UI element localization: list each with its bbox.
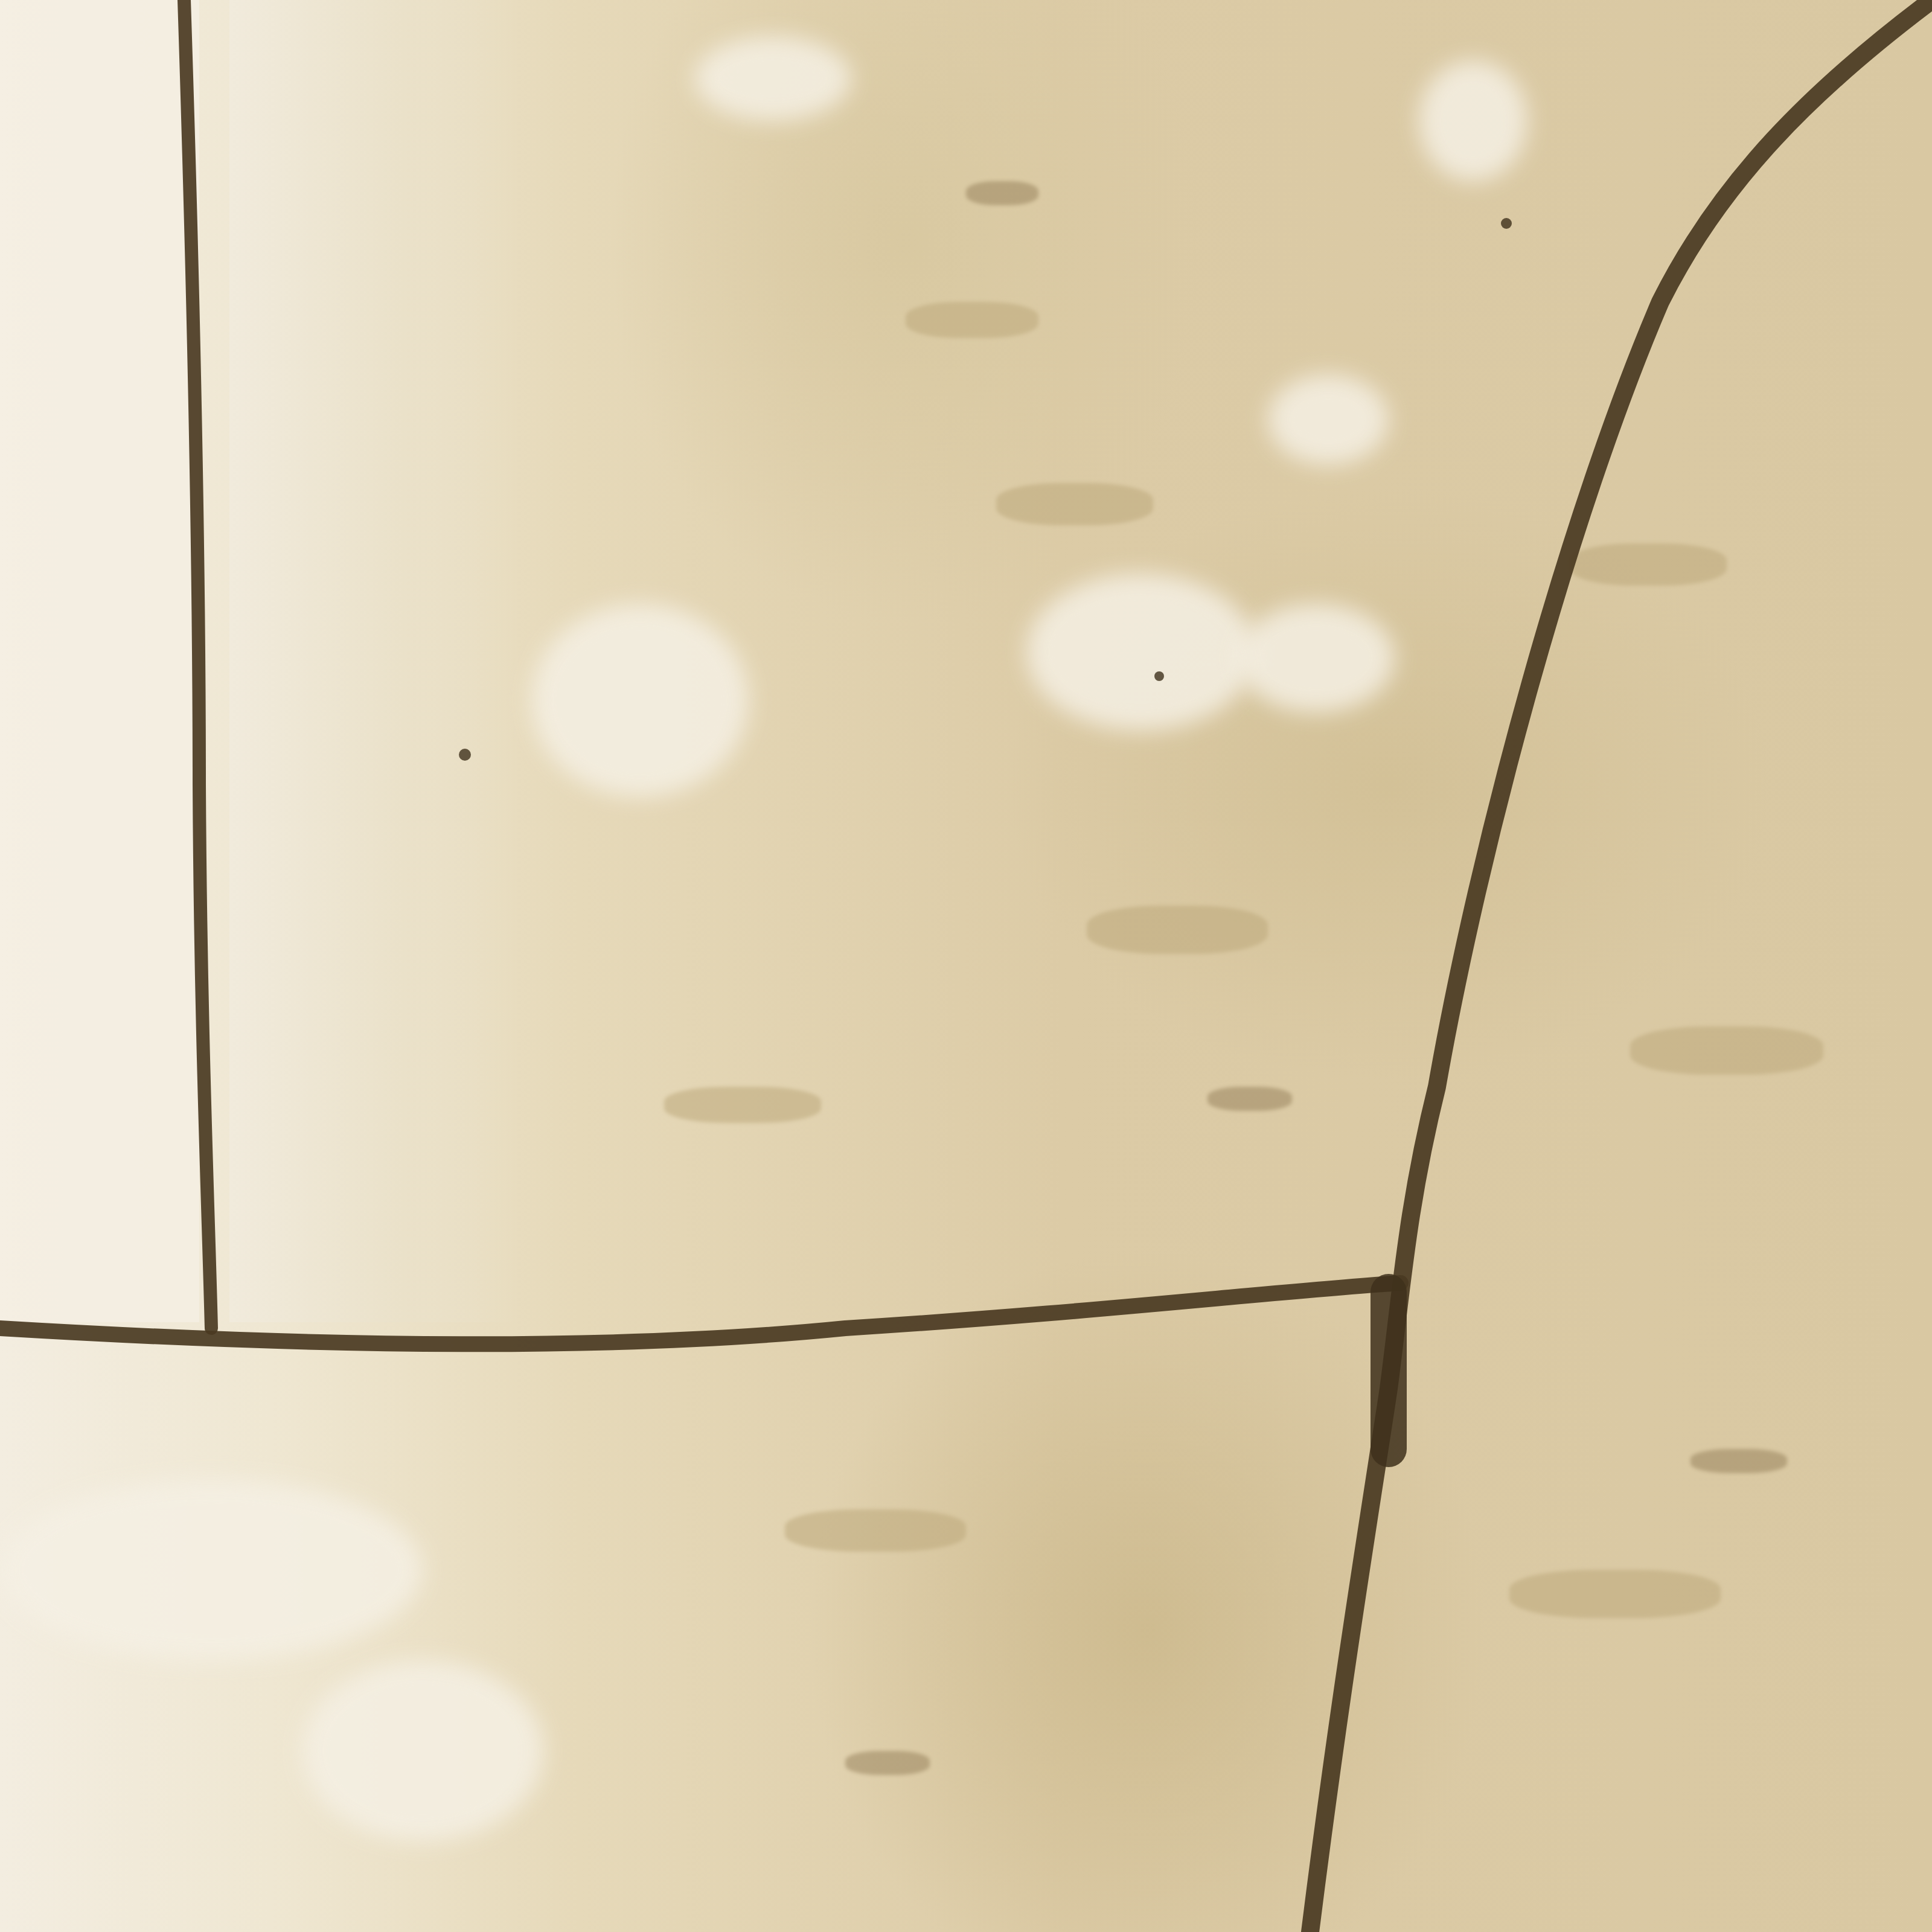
rug-texture-photo — [0, 0, 1932, 1932]
diagonal-line-right — [1310, 0, 1932, 1932]
rug-lines — [0, 0, 1932, 1932]
vertical-line-left — [184, 0, 211, 1328]
